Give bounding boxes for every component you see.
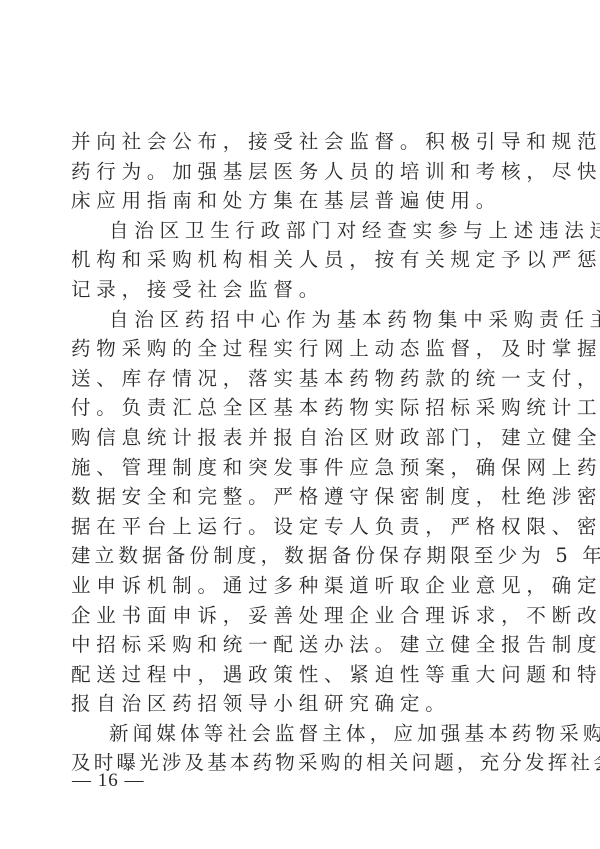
text-line: 业申诉机制。通过多种渠道听取企业意见，确定专人接待和接受 <box>71 571 531 601</box>
text-line: 建立数据备份制度，数据备份保存期限至少为 5 年。建立健全企 <box>71 541 531 571</box>
text-line: 机构和采购机构相关人员，按有关规定予以严惩，并公开其不良 <box>71 245 531 275</box>
text-line: 施、管理制度和突发事件应急预案，确保网上药品集中招标采购 <box>71 453 531 483</box>
paragraph-start-line: 自治区卫生行政部门对经查实参与上述违法违规行为的医疗 <box>71 216 531 246</box>
paragraph-start-line: 新闻媒体等社会监督主体，应加强基本药物采购过程的监督， <box>71 719 531 749</box>
text-line: 并向社会公布，接受社会监督。积极引导和规范基层医务人员用 <box>71 127 531 157</box>
text-line: 报自治区药招领导小组研究确定。 <box>71 689 531 719</box>
text-line: 药行为。加强基层医务人员的培训和考核，尽快推进基本药物临 <box>71 157 531 187</box>
text-line: 配送过程中，遇政策性、紧迫性等重大问题和特殊情况，应及时 <box>71 660 531 690</box>
text-line: 企业书面申诉，妥善处理企业合理诉求，不断改进和完善药品集 <box>71 601 531 631</box>
document-body: 并向社会公布，接受社会监督。积极引导和规范基层医务人员用 药行为。加强基层医务人… <box>71 127 531 778</box>
text-line: 付。负责汇总全区基本药物实际招标采购统计工作，填报政府采 <box>71 393 531 423</box>
text-line: 记录，接受社会监督。 <box>71 275 531 305</box>
page-number: — 16 — <box>72 768 145 794</box>
paragraph-start-line: 自治区药招中心作为基本药物集中采购责任主体，应对基本 <box>71 305 531 335</box>
text-line: 药物采购的全过程实行网上动态监督，及时掌握药品的采购、配 <box>71 334 531 364</box>
text-line: 数据安全和完整。严格遵守保密制度，杜绝涉密文件、资料、数 <box>71 482 531 512</box>
text-line: 床应用指南和处方集在基层普遍使用。 <box>71 186 531 216</box>
text-line: 送、库存情况，落实基本药物药款的统一支付，确保及时足额支 <box>71 364 531 394</box>
text-line: 据在平台上运行。设定专人负责，严格权限、密码、口令管理。 <box>71 512 531 542</box>
text-line: 购信息统计报表并报自治区财政部门，建立健全信息安全保障措 <box>71 423 531 453</box>
text-line: 中招标采购和统一配送办法。建立健全报告制度。药品招标采购 <box>71 630 531 660</box>
